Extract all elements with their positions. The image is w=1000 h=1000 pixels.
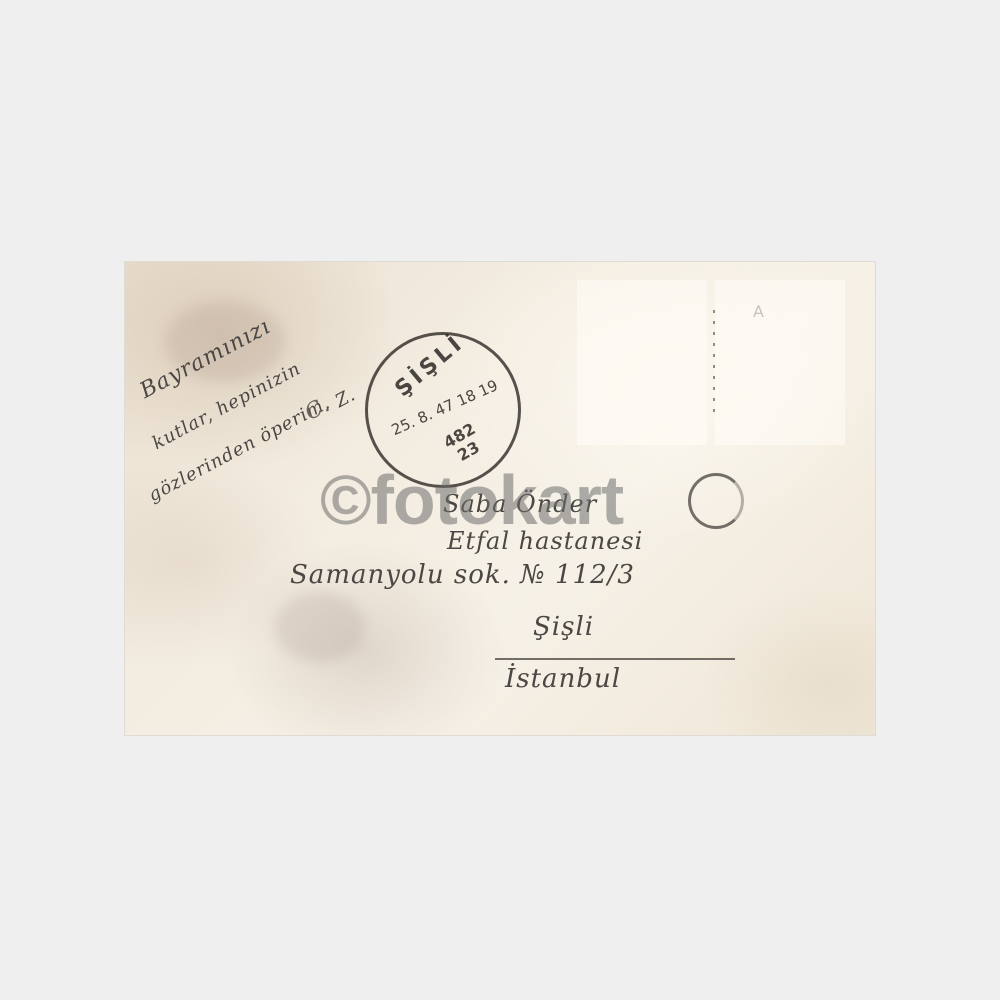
postcard-back: A Bayramınızı kutlar, hepinizin gözlerin… xyxy=(125,262,875,735)
signature-extra: Z. xyxy=(330,381,362,417)
stamp-mark: A xyxy=(753,302,764,321)
page: A Bayramınızı kutlar, hepinizin gözlerin… xyxy=(0,0,1000,1000)
address-line-2: Samanyolu sok. № 112/3 xyxy=(290,560,635,590)
stamp-area-right xyxy=(715,280,845,445)
address-district: Şişli xyxy=(533,612,594,642)
address-line-1: Etfal hastanesi xyxy=(447,527,643,555)
circular-mark xyxy=(688,473,744,529)
postmark-stamp: ŞİŞLİ 25. 8. 47 18 19 482 23 xyxy=(353,320,534,501)
perforation-marks xyxy=(713,302,715,412)
address-underline xyxy=(495,658,735,660)
paper-stain xyxy=(275,592,365,662)
stamp-area-left xyxy=(577,280,707,445)
recipient-name: Saba Önder xyxy=(443,490,597,518)
address-city: İstanbul xyxy=(505,664,621,694)
